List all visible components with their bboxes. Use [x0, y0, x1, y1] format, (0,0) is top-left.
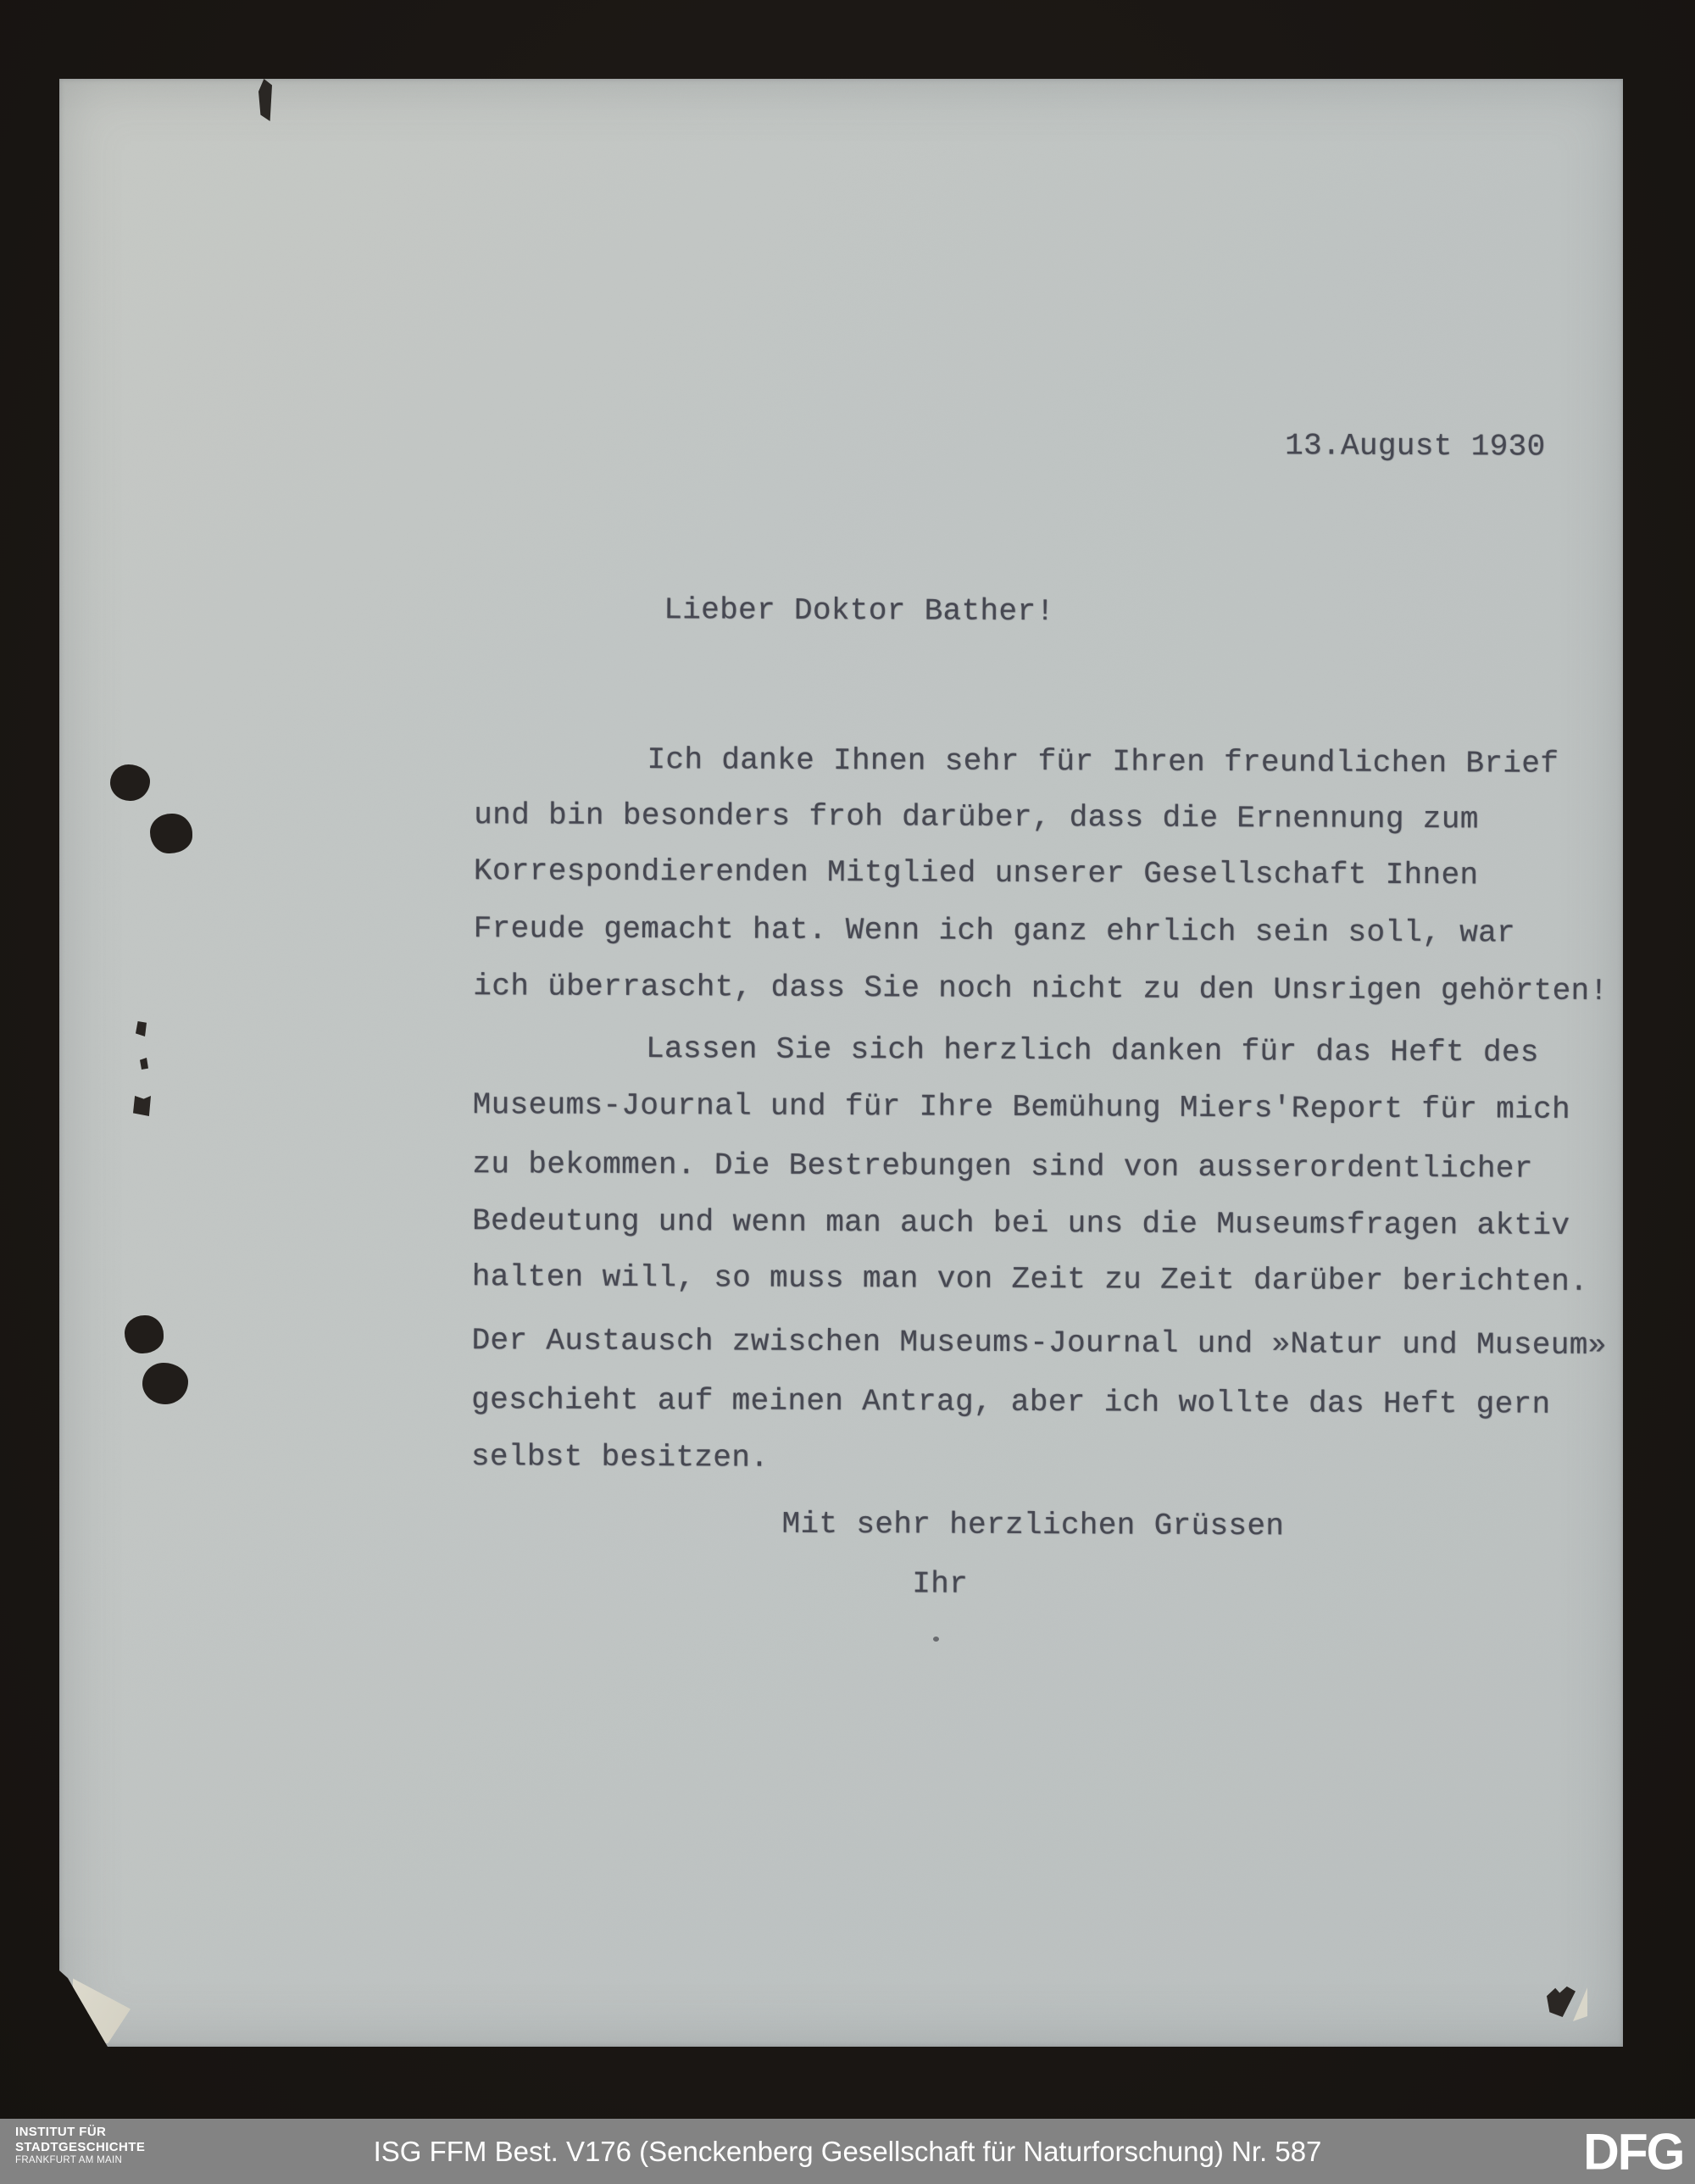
typewritten-line: Korrespondierenden Mitglied unserer Gese… — [474, 853, 1479, 894]
scanned-letter-page: { "letter": { "date": "13.August 1930", … — [0, 0, 1695, 2184]
typewritten-line: selbst besitzen. — [471, 1438, 769, 1477]
institute-name-line3: FRANKFURT AM MAIN — [15, 2156, 145, 2166]
typewritten-line: zu bekommen. Die Bestrebungen sind von a… — [472, 1146, 1533, 1187]
typewritten-line: Museums-Journal und für Ihre Bemühung Mi… — [473, 1086, 1570, 1129]
typewritten-line: ich überrascht, dass Sie noch nicht zu d… — [473, 968, 1608, 1010]
letter-paper-sheet: 13.August 1930 Lieber Doktor Bather! Ich… — [59, 79, 1623, 2047]
typewritten-line: und bin besonders froh darüber, dass die… — [474, 797, 1479, 838]
archive-footer-bar: INSTITUT FÜR STADTGESCHICHTE FRANKFURT A… — [0, 2119, 1695, 2184]
typewritten-line: Lassen Sie sich herzlich danken für das … — [646, 1031, 1539, 1072]
typewritten-text-layer: 13.August 1930 Lieber Doktor Bather! Ich… — [51, 79, 1623, 2053]
institute-name-line1: INSTITUT FÜR — [15, 2126, 145, 2138]
letter-salutation: Lieber Doktor Bather! — [664, 592, 1054, 631]
institute-logo: INSTITUT FÜR STADTGESCHICHTE FRANKFURT A… — [15, 2126, 145, 2166]
typewritten-line: Bedeutung und wenn man auch bei uns die … — [472, 1203, 1570, 1245]
typewritten-line: Ich danke Ihnen sehr für Ihren freundlic… — [647, 742, 1559, 783]
typewritten-line: Der Austausch zwischen Museums-Journal u… — [471, 1322, 1606, 1364]
letter-signature: Ihr — [912, 1565, 968, 1603]
typewritten-line: geschieht auf meinen Antrag, aber ich wo… — [471, 1381, 1550, 1424]
institute-name-line2: STADTGESCHICHTE — [15, 2141, 145, 2153]
letter-closing: Mit sehr herzlichen Grüssen — [781, 1506, 1284, 1546]
typewritten-line: halten will, so muss man von Zeit zu Zei… — [472, 1259, 1588, 1301]
dfg-logo: DFG — [1584, 2122, 1684, 2181]
archive-reference-label: ISG FFM Best. V176 (Senckenberg Gesellsc… — [374, 2136, 1322, 2168]
typewritten-line: Freude gemacht hat. Wenn ich ganz ehrlic… — [474, 910, 1516, 952]
letter-date: 13.August 1930 — [1285, 427, 1546, 465]
